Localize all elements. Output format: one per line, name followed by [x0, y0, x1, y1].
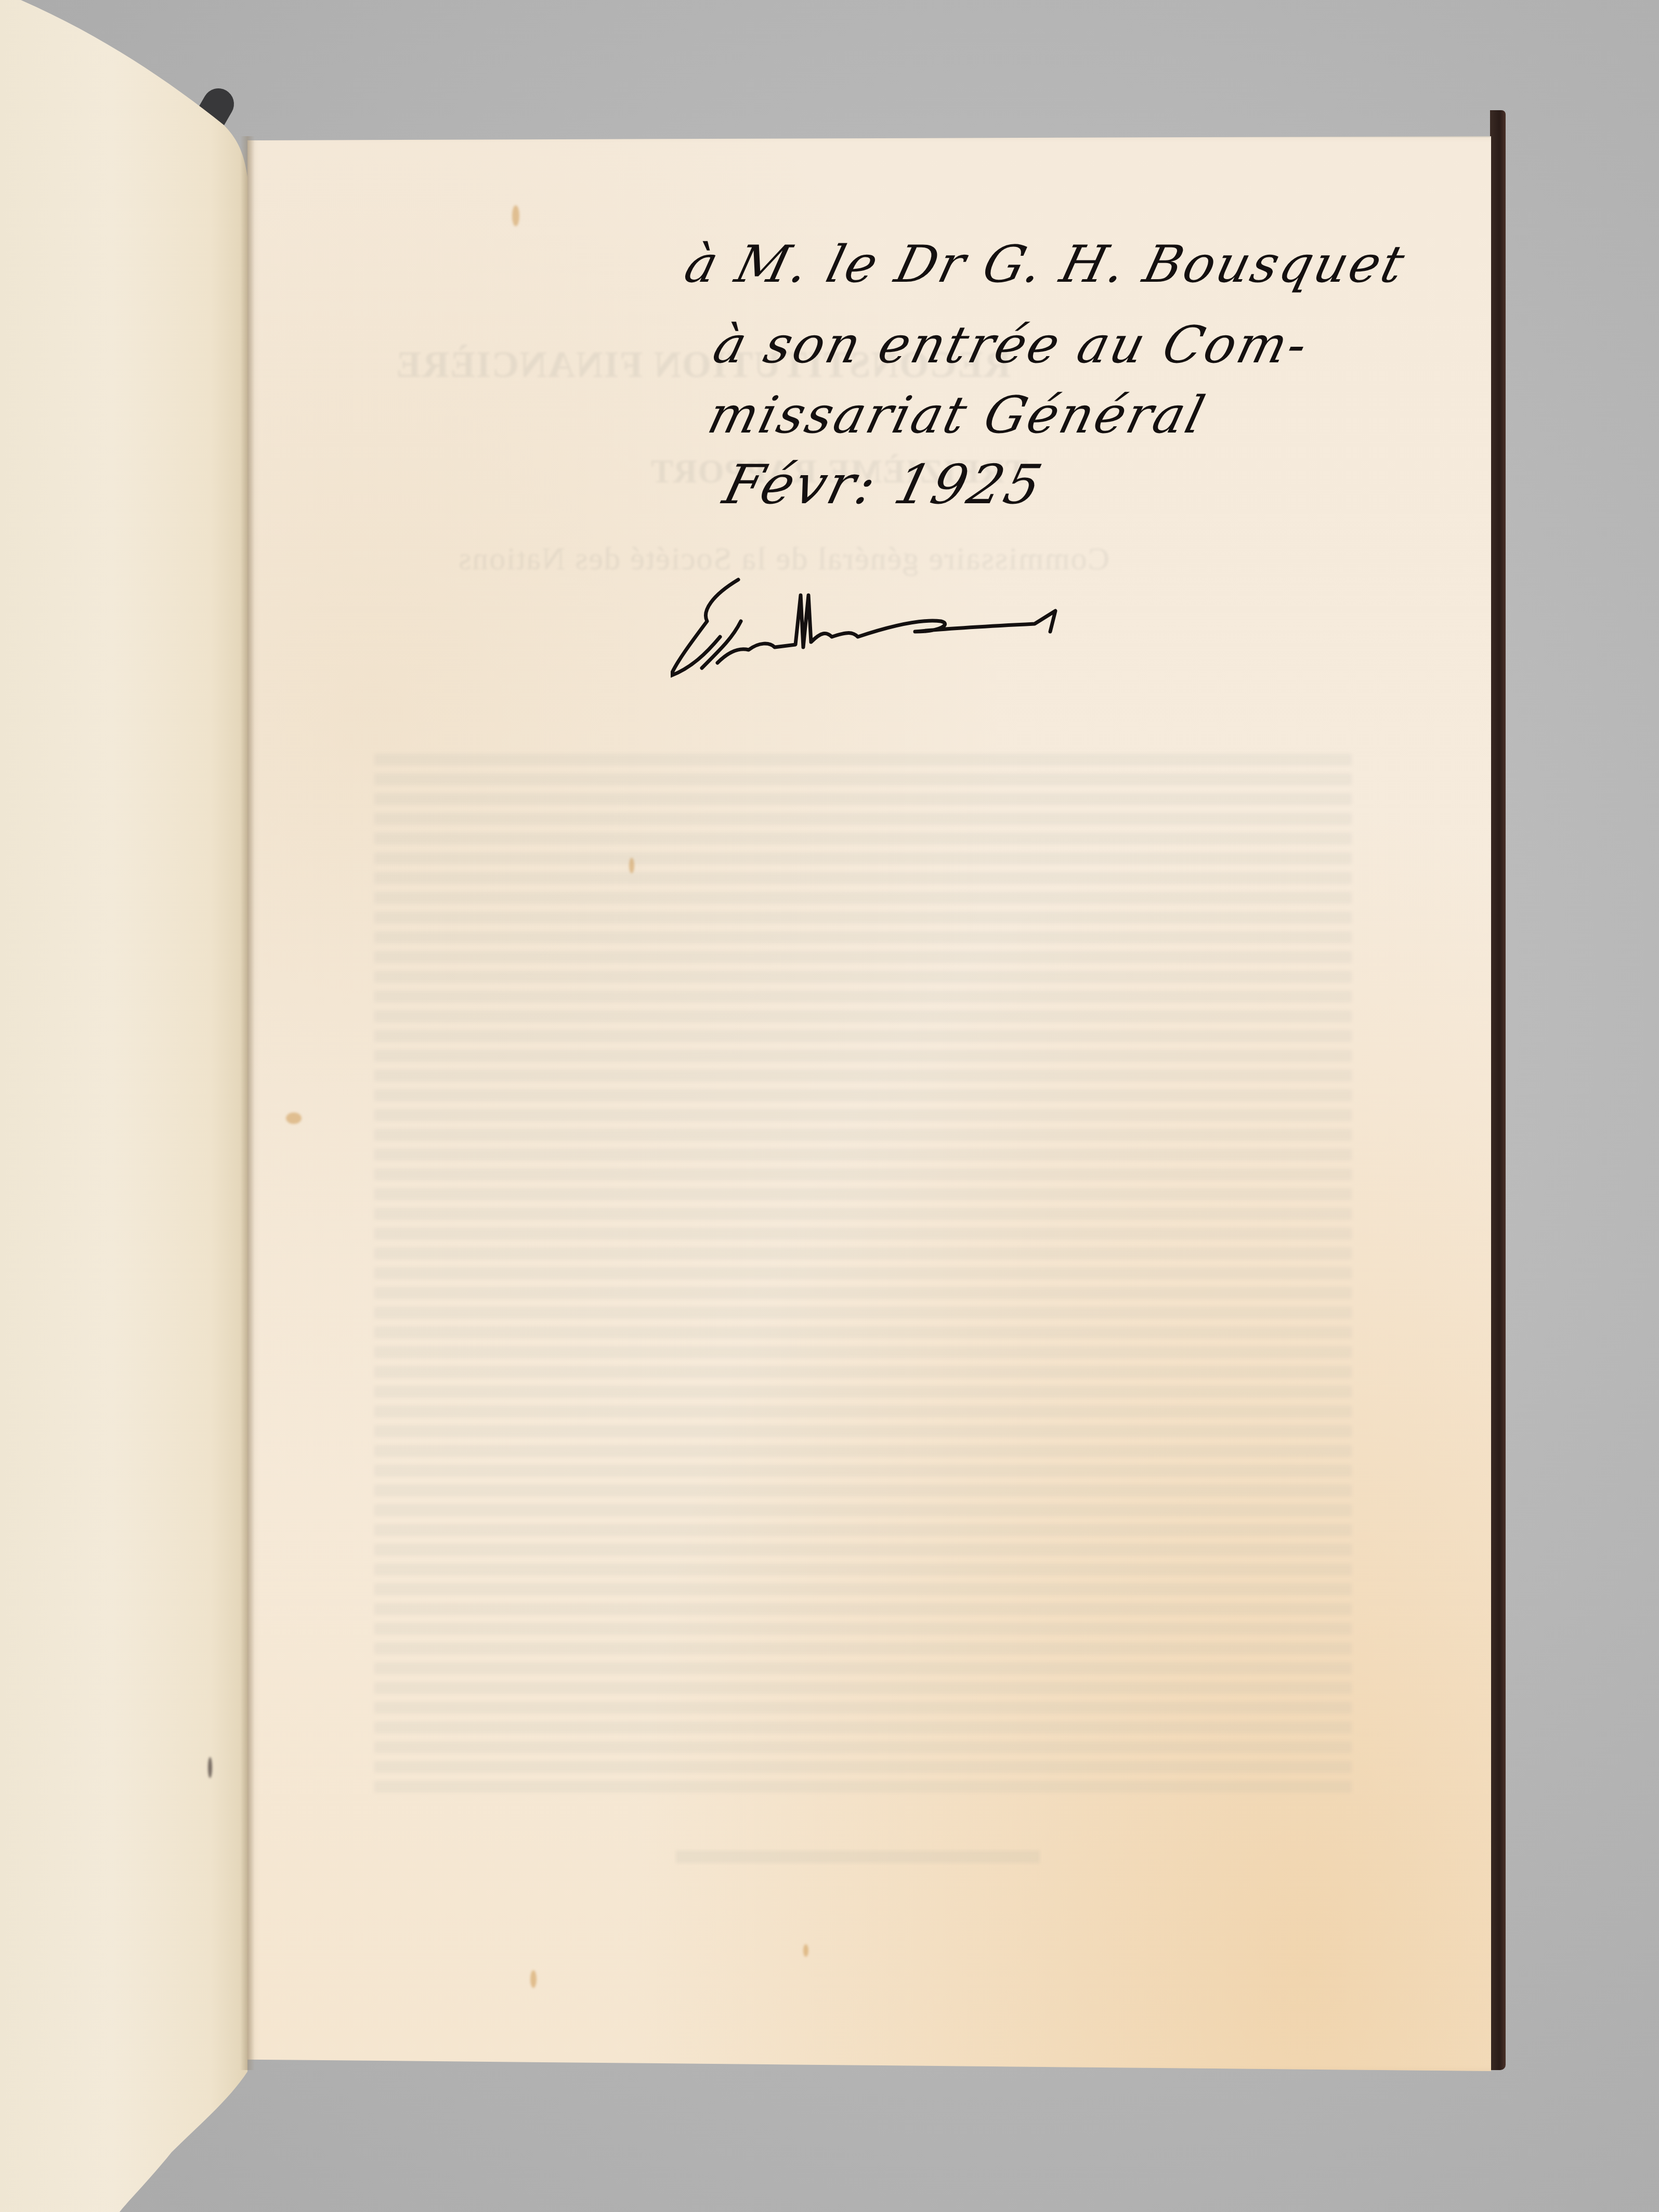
show-through-footer	[676, 1851, 1040, 1863]
right-cover-edge	[1490, 110, 1506, 2070]
foxing-spot	[512, 205, 519, 226]
foxing-spot	[208, 1757, 212, 1778]
dedication-line-occasion: à son entrée au Com-	[709, 320, 1314, 371]
foxing-spot	[530, 1970, 537, 1988]
gutter-shadow	[240, 136, 255, 2070]
dedication-line-recipient: à M. le Dr G. H. Bousquet	[680, 239, 1411, 290]
left-page	[0, 0, 247, 2212]
signature-icon: signature	[671, 574, 1258, 678]
dedication-date: Févr: 1925	[719, 457, 1049, 512]
foxing-spot	[286, 1112, 302, 1124]
show-through-line: Commissaire général de la Société des Na…	[458, 541, 1109, 578]
foxing-spot	[803, 1944, 808, 1957]
show-through-body-text	[374, 754, 1352, 1794]
foxing-spot	[629, 858, 634, 873]
dedication-line-office: missariat Général	[703, 390, 1211, 441]
